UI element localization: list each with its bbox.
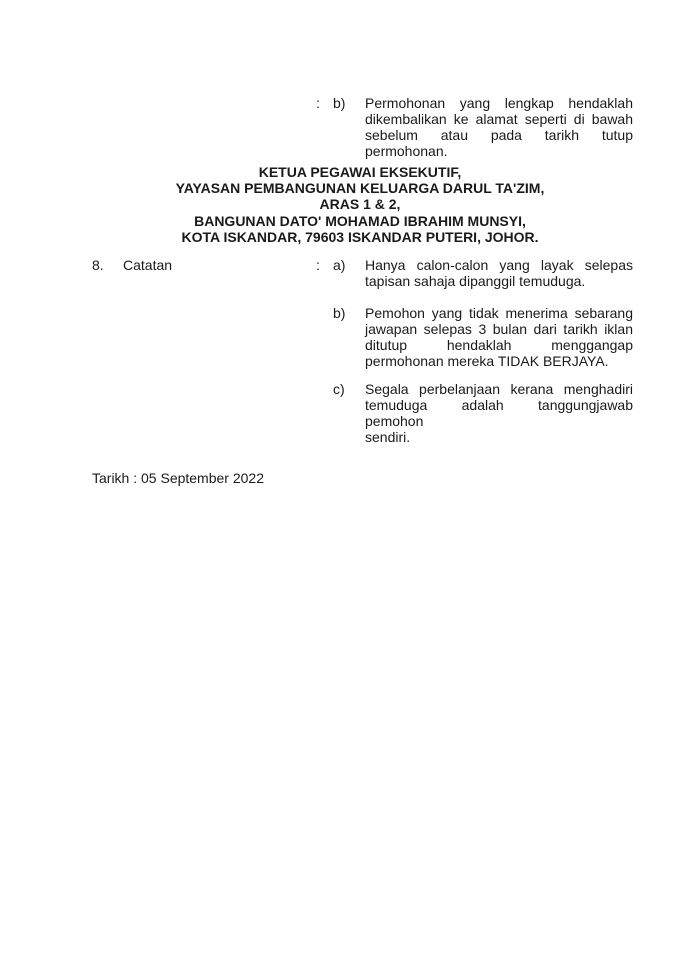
address-block: KETUA PEGAWAI EKSEKUTIF, YAYASAN PEMBANG… bbox=[150, 164, 570, 245]
text-line: permohonan mereka TIDAK BERJAYA. bbox=[365, 353, 633, 369]
text-line: Hanya calon-calon yang layak selepas bbox=[365, 257, 633, 273]
section-7b-label: b) bbox=[333, 95, 345, 111]
address-line: YAYASAN PEMBANGUNAN KELUARGA DARUL TA'ZI… bbox=[150, 180, 570, 196]
section-8c-label: c) bbox=[333, 381, 345, 397]
section-8-number: 8. bbox=[92, 257, 104, 273]
address-line: BANGUNAN DATO' MOHAMAD IBRAHIM MUNSYI, bbox=[150, 213, 570, 229]
text-line: permohonan. bbox=[365, 143, 633, 159]
text-line: sebelum atau pada tarikh tutup bbox=[365, 127, 633, 143]
section-8c-text: Segala perbelanjaan kerana menghadiri te… bbox=[365, 381, 633, 445]
document-page: : b) Permohonan yang lengkap hendaklah d… bbox=[0, 0, 684, 960]
text-line: jawapan selepas 3 bulan dari tarikh ikla… bbox=[365, 321, 633, 337]
text-line: dikembalikan ke alamat seperti di bawah bbox=[365, 111, 633, 127]
date-line: Tarikh : 05 September 2022 bbox=[92, 470, 264, 486]
text-line: ditutup hendaklah menggangap bbox=[365, 337, 633, 353]
address-line: ARAS 1 & 2, bbox=[150, 196, 570, 212]
address-line: KETUA PEGAWAI EKSEKUTIF, bbox=[150, 164, 570, 180]
section-8a-text: Hanya calon-calon yang layak selepas tap… bbox=[365, 257, 633, 289]
section-8-title: Catatan bbox=[123, 257, 172, 273]
section-7b-text: Permohonan yang lengkap hendaklah dikemb… bbox=[365, 95, 633, 159]
section-8b-label: b) bbox=[333, 305, 345, 321]
text-line: tapisan sahaja dipanggil temuduga. bbox=[365, 273, 633, 289]
text-line: Permohonan yang lengkap hendaklah bbox=[365, 95, 633, 111]
section-8b-text: Pemohon yang tidak menerima sebarang jaw… bbox=[365, 305, 633, 369]
text-line: Pemohon yang tidak menerima sebarang bbox=[365, 305, 633, 321]
section-8-colon: : bbox=[316, 257, 326, 273]
text-line: Segala perbelanjaan kerana menghadiri bbox=[365, 381, 633, 397]
text-line: sendiri. bbox=[365, 429, 633, 445]
section-7b-colon: : bbox=[316, 95, 326, 111]
address-line: KOTA ISKANDAR, 79603 ISKANDAR PUTERI, JO… bbox=[150, 229, 570, 245]
text-line: temuduga adalah tanggungjawab pemohon bbox=[365, 397, 633, 429]
section-8a-label: a) bbox=[333, 257, 345, 273]
